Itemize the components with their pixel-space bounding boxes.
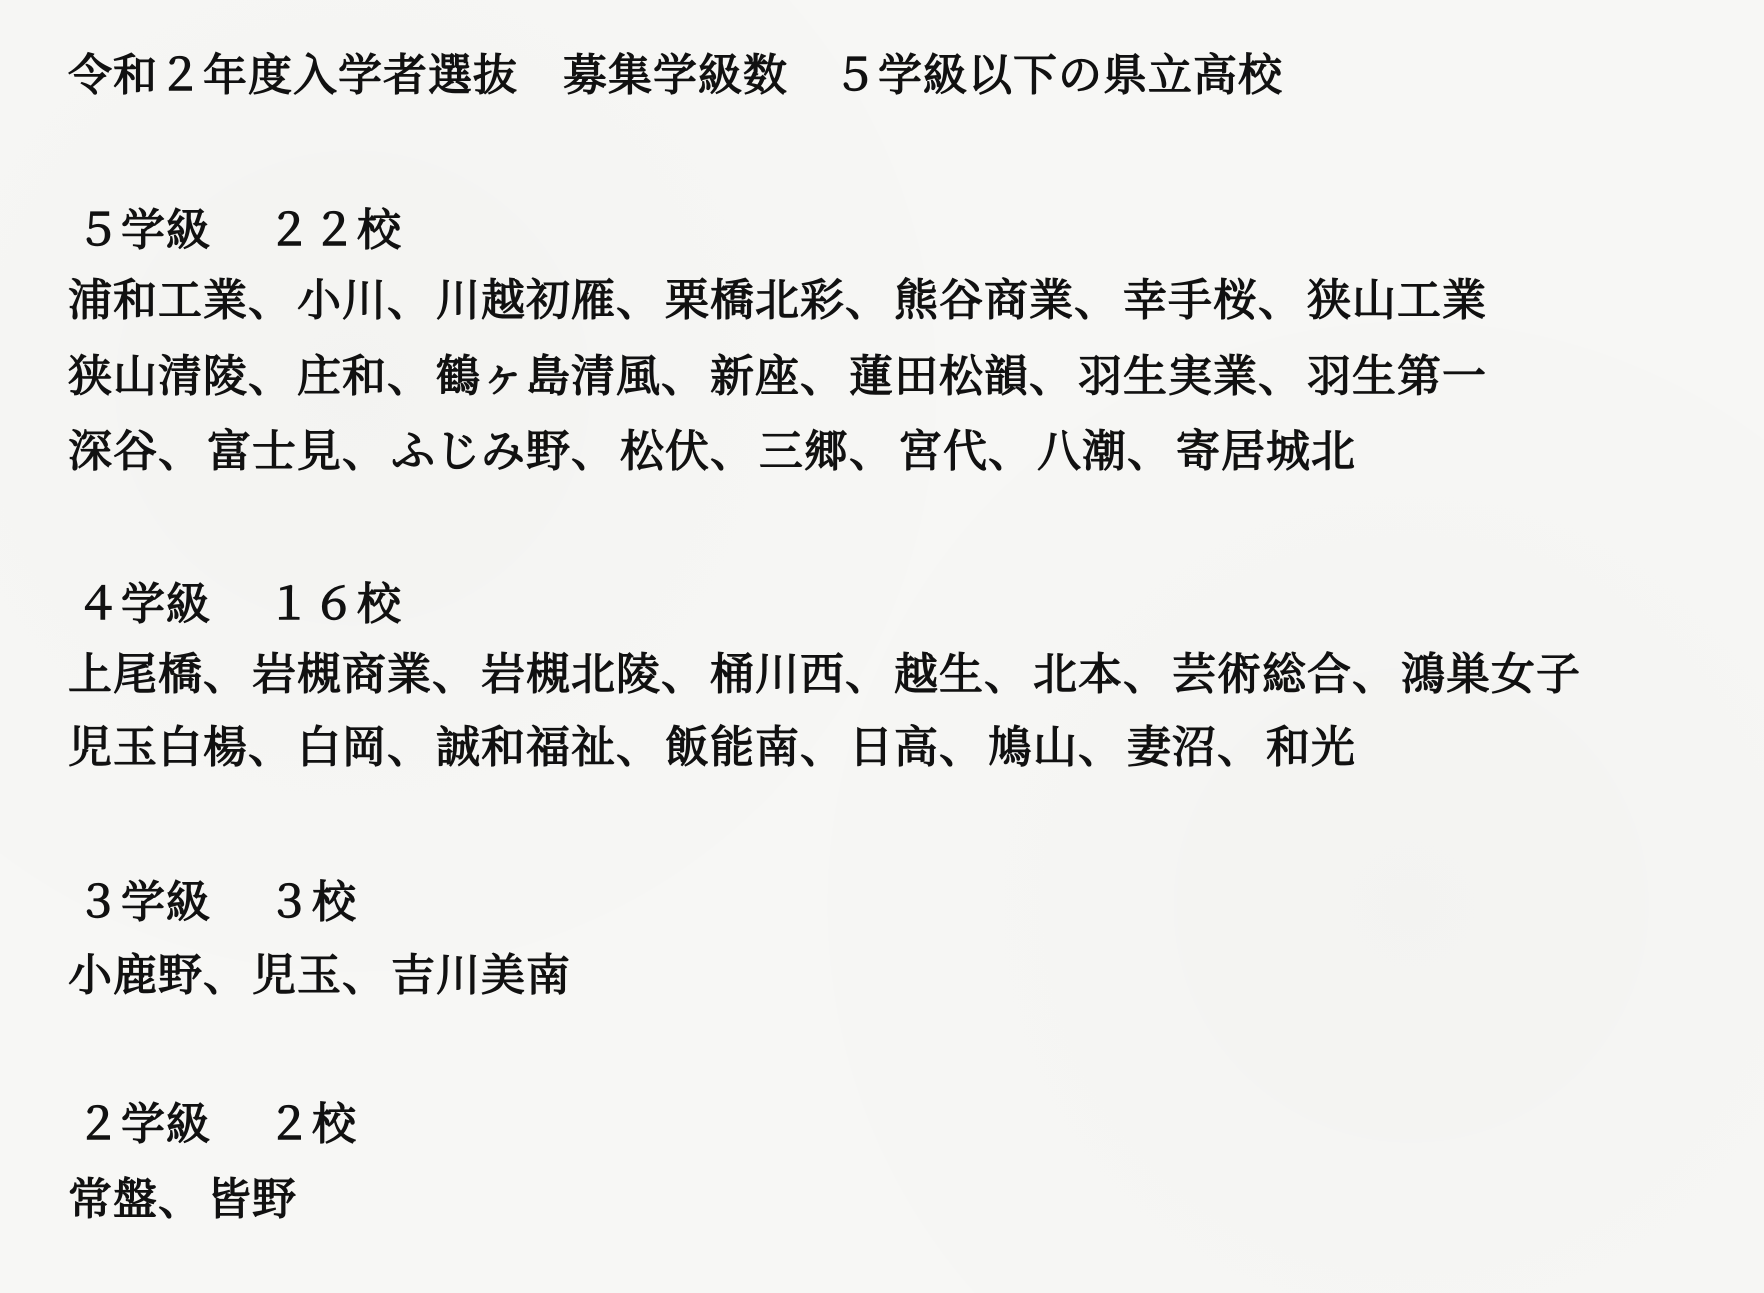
scanned-paper: 令和２年度入学者選抜 募集学級数 ５学級以下の県立高校 ５学級２２校 浦和工業小… [0, 0, 1764, 1293]
school-count-label: １６校 [267, 579, 402, 630]
school-name: 庄和 [248, 351, 387, 402]
school-name: 和光 [1217, 722, 1356, 773]
school-name: 桶川西 [661, 649, 845, 700]
school-name: 妻沼 [1078, 722, 1217, 773]
school-name: 児玉 [203, 950, 342, 1001]
school-name: 狭山工業 [1258, 275, 1487, 326]
school-name: 宮代 [849, 426, 988, 477]
school-name: 浦和工業 [68, 275, 248, 326]
school-name: 八潮 [988, 426, 1127, 477]
school-name: 三郷 [710, 426, 849, 477]
class-count-label: ３学級 [76, 877, 211, 928]
school-name: 越生 [845, 649, 984, 700]
school-name: 誠和福祉 [387, 722, 616, 773]
school-name: 新座 [661, 351, 800, 402]
school-name: 寄居城北 [1127, 426, 1356, 477]
school-name: 岩槻北陵 [432, 649, 661, 700]
group-heading-4-classes: ４学級１６校 [76, 577, 402, 633]
school-name: 鴻巣女子 [1352, 649, 1581, 700]
school-count-label: ２校 [267, 1099, 357, 1150]
school-name: 羽生実業 [1029, 351, 1258, 402]
school-name: 小鹿野 [68, 950, 203, 1001]
school-name: 熊谷商業 [845, 275, 1074, 326]
school-name: 羽生第一 [1258, 351, 1487, 402]
school-name: 深谷 [68, 426, 158, 477]
school-name: 皆野 [158, 1174, 297, 1225]
school-name: 栗橋北彩 [616, 275, 845, 326]
school-list-line: 常盤皆野 [68, 1172, 297, 1228]
class-count-label: ４学級 [76, 579, 211, 630]
school-list-line: 狭山清陵庄和鶴ヶ島清風新座蓮田松韻羽生実業羽生第一 [68, 349, 1487, 405]
school-name: 児玉白楊 [68, 722, 248, 773]
school-name: 富士見 [158, 426, 342, 477]
school-name: 上尾橋 [68, 649, 203, 700]
school-name: 川越初雁 [387, 275, 616, 326]
school-name: 松伏 [571, 426, 710, 477]
school-name: 蓮田松韻 [800, 351, 1029, 402]
school-name: 白岡 [248, 722, 387, 773]
school-name: 岩槻商業 [203, 649, 432, 700]
school-name: 吉川美南 [342, 950, 571, 1001]
class-count-label: ２学級 [76, 1099, 211, 1150]
school-list-line: 上尾橋岩槻商業岩槻北陵桶川西越生北本芸術総合鴻巣女子 [68, 647, 1581, 703]
school-name: 幸手桜 [1074, 275, 1258, 326]
school-name: 鶴ヶ島清風 [387, 351, 661, 402]
school-name: 小川 [248, 275, 387, 326]
school-list-line: 小鹿野児玉吉川美南 [68, 948, 571, 1004]
document-title: 令和２年度入学者選抜 募集学級数 ５学級以下の県立高校 [68, 48, 1283, 104]
school-count-label: ３校 [267, 877, 357, 928]
school-list-line: 浦和工業小川川越初雁栗橋北彩熊谷商業幸手桜狭山工業 [68, 273, 1487, 329]
school-name: 飯能南 [616, 722, 800, 773]
school-name: 狭山清陵 [68, 351, 248, 402]
school-count-label: ２２校 [267, 205, 402, 256]
group-heading-5-classes: ５学級２２校 [76, 203, 402, 259]
school-name: 日高 [800, 722, 939, 773]
school-name: ふじみ野 [342, 426, 571, 477]
school-name: 鳩山 [939, 722, 1078, 773]
school-name: 芸術総合 [1123, 649, 1352, 700]
group-heading-3-classes: ３学級３校 [76, 875, 357, 931]
school-name: 常盤 [68, 1174, 158, 1225]
school-list-line: 深谷富士見ふじみ野松伏三郷宮代八潮寄居城北 [68, 424, 1356, 480]
school-list-line: 児玉白楊白岡誠和福祉飯能南日高鳩山妻沼和光 [68, 720, 1356, 776]
class-count-label: ５学級 [76, 205, 211, 256]
school-name: 北本 [984, 649, 1123, 700]
group-heading-2-classes: ２学級２校 [76, 1097, 357, 1153]
